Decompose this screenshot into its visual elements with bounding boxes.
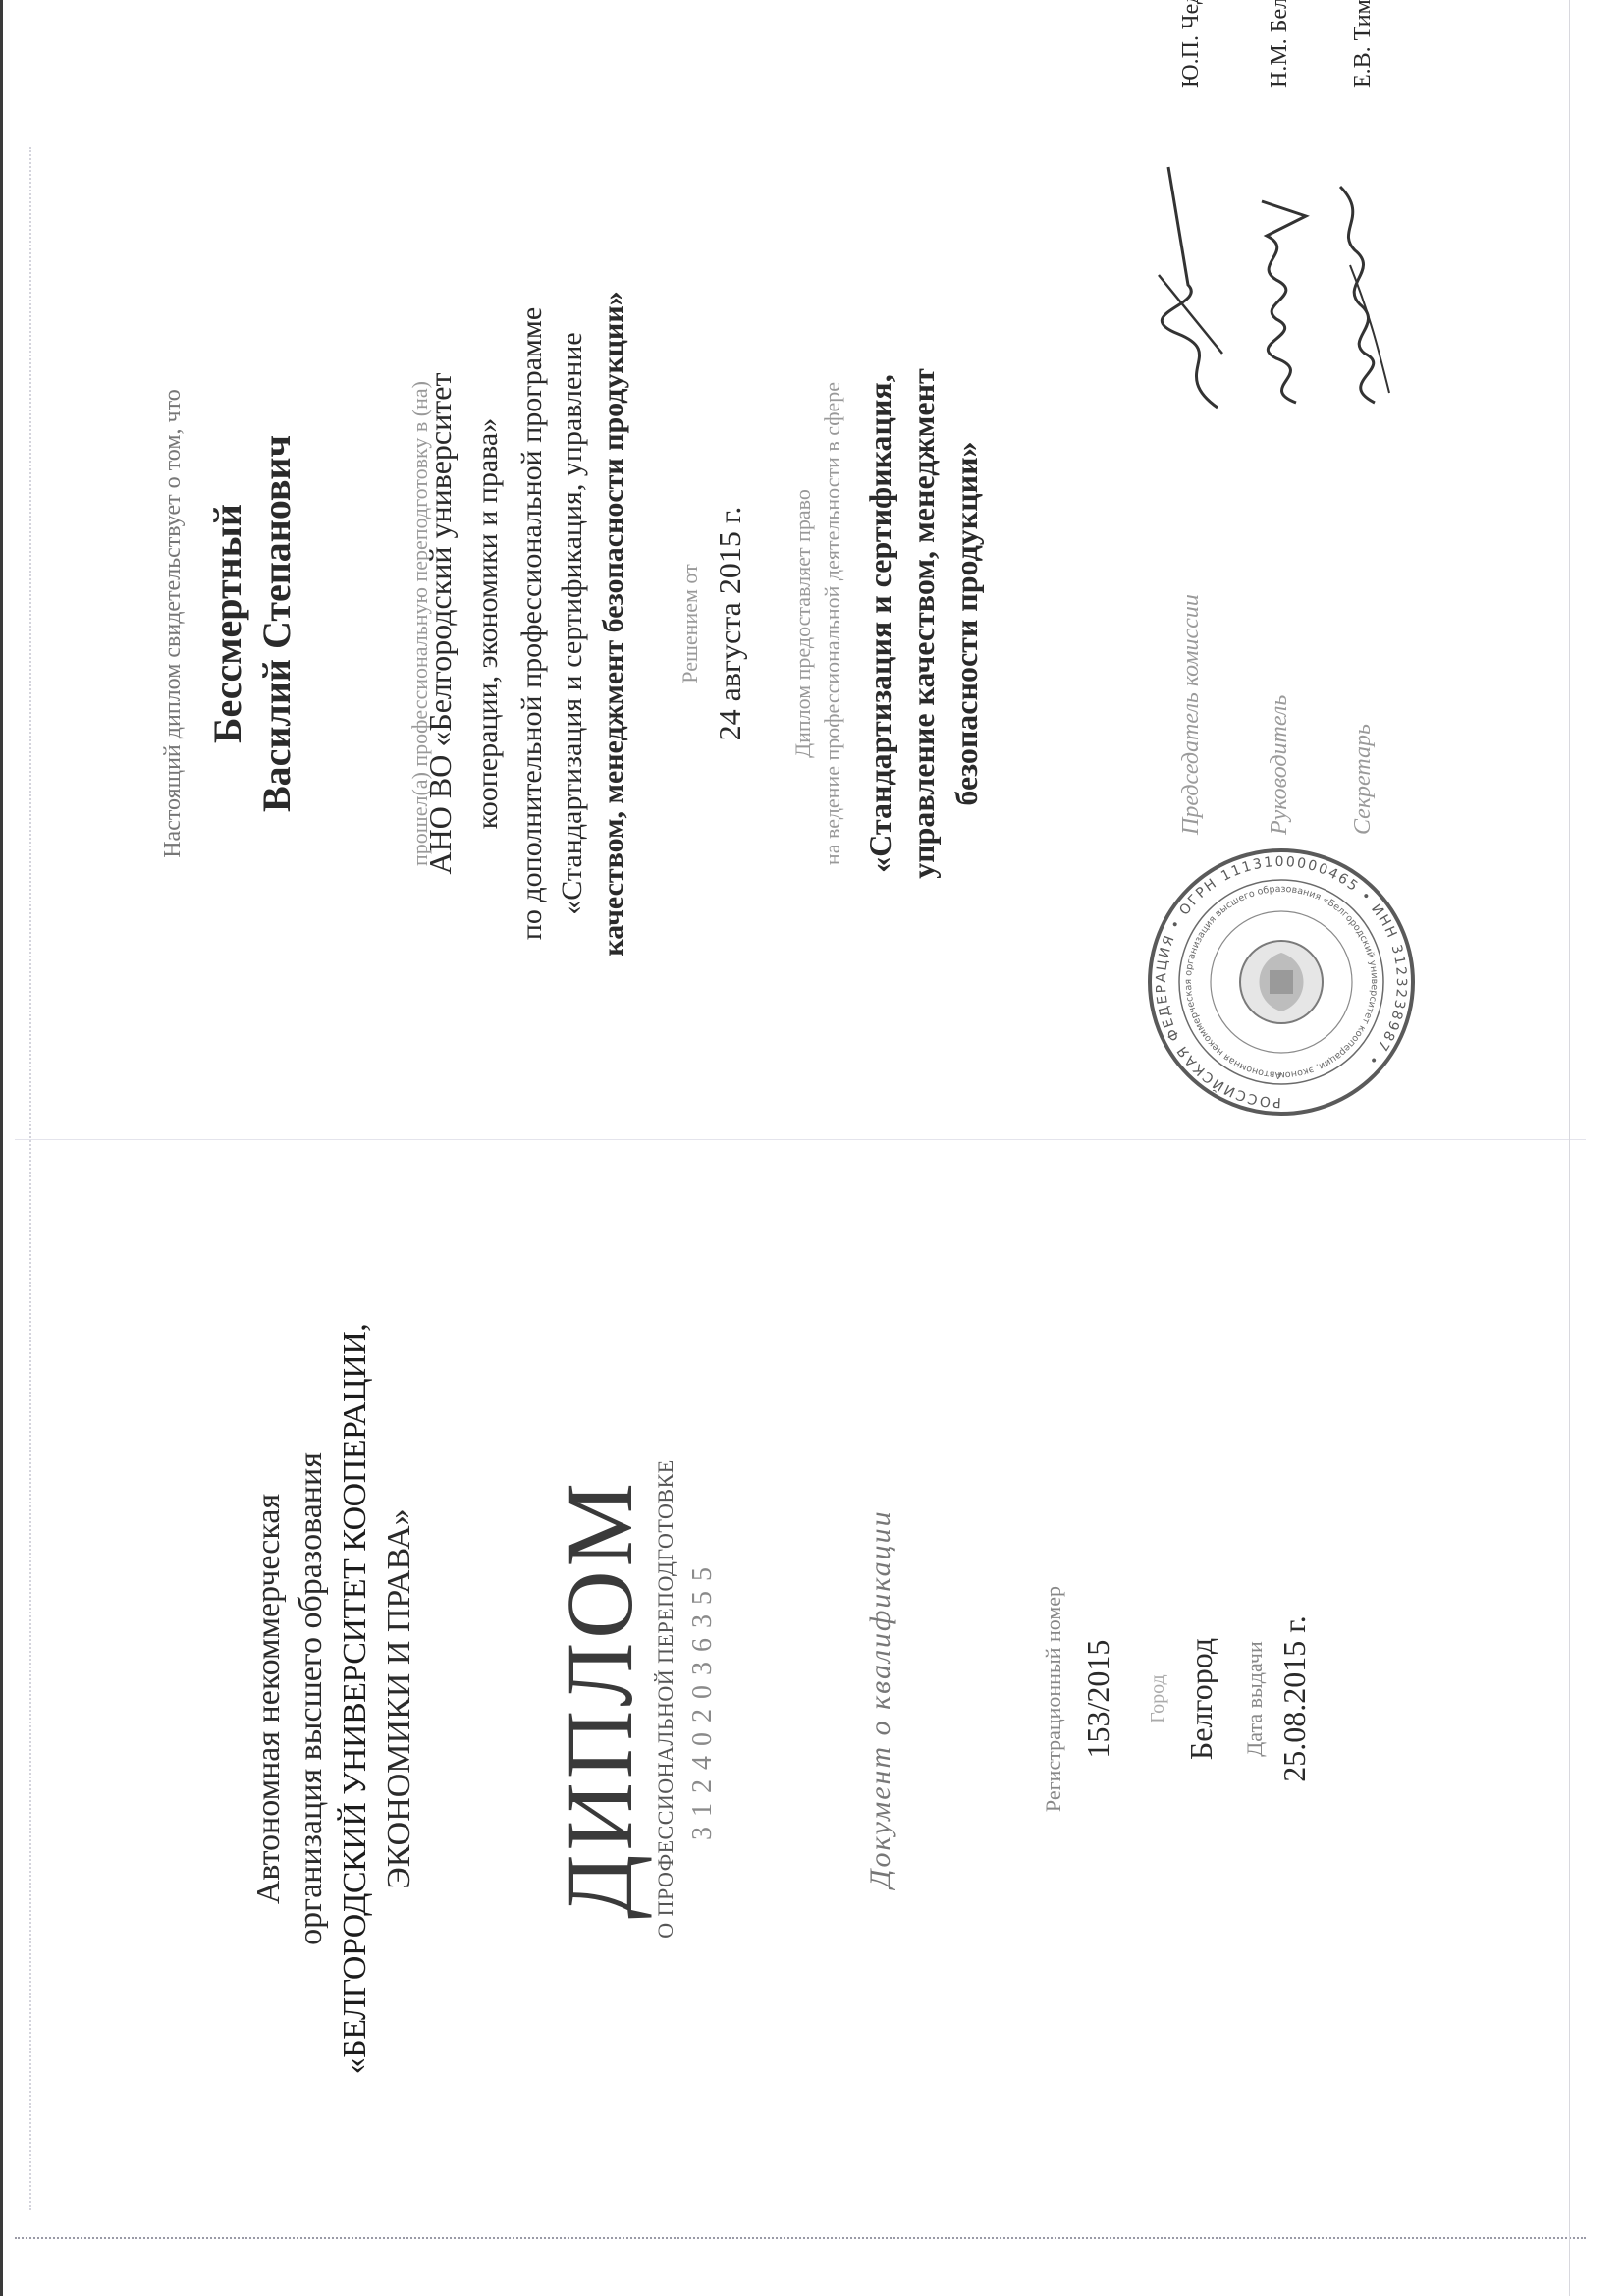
signatory-name: Н.М. Бел [1267, 0, 1293, 88]
org-name-line-4: ЭКОНОМИКИ И ПРАВА» [381, 1159, 418, 2239]
program-line-3: качеством, менеджмент безопасности проду… [597, 118, 630, 1129]
specialty-line-2: управление качеством, менеджмент [905, 118, 942, 1129]
serial-number: 312402036355 [687, 1159, 719, 2239]
org-name-line-1: Автономная некоммерческая [250, 1159, 288, 2239]
handwritten-signature-icon [1237, 157, 1326, 412]
city-label: Город [1147, 1159, 1169, 2239]
issue-date: 25.08.2015 г. [1276, 1159, 1313, 2239]
handwritten-signature-icon [1321, 157, 1409, 412]
specialty-line-3: безопасности продукции» [948, 118, 985, 1129]
registration-number: 153/2015 [1080, 1159, 1116, 2239]
right-statement-line-2: на ведение профессиональной деятельности… [820, 118, 845, 1129]
decision-label: Решением от [677, 118, 703, 1129]
holder-surname: Бессмертный [204, 118, 250, 1129]
signature-role: Председатель комиссии [1178, 594, 1205, 835]
signature-role: Руководитель [1267, 695, 1293, 835]
city-value: Белгород [1183, 1159, 1219, 2239]
diploma-title: ДИПЛОМ [545, 1159, 654, 2239]
signatory-name: Е.В. Тим [1350, 0, 1377, 88]
signature-role: Секретарь [1350, 724, 1377, 835]
institution-line-1: АНО ВО «Белгородский университет [422, 118, 459, 1129]
org-name-line-2: организация высшего образования [293, 1159, 330, 2239]
intro-text: Настоящий диплом свидетельствует о том, … [160, 118, 187, 1129]
handwritten-signature-icon [1149, 157, 1237, 412]
specialty-line-1: «Стандартизация и сертификация, [862, 118, 898, 1129]
issue-date-label: Дата выдачи [1242, 1159, 1268, 2239]
org-name-line-3: «БЕЛГОРОДСКИЙ УНИВЕРСИТЕТ КООПЕРАЦИИ, [337, 1159, 374, 2239]
right-statement-line-1: Диплом предоставляет право [790, 118, 816, 1129]
signatory-name: Ю.П. Чед [1178, 0, 1205, 88]
diploma-subtitle: О ПРОФЕССИОНАЛЬНОЙ ПЕРЕПОДГОТОВКЕ [653, 1159, 678, 2239]
diploma-content-page: Настоящий диплом свидетельствует о том, … [0, 118, 1624, 1129]
program-line-2: «Стандартизация и сертификация, управлен… [556, 118, 589, 1129]
institution-line-2: кооперации, экономики и права» [471, 118, 505, 1129]
registration-label: Регистрационный номер [1041, 1159, 1066, 2239]
decision-date: 24 августа 2015 г. [712, 118, 748, 1129]
holder-given-names: Василий Степанович [253, 118, 299, 1129]
document-type: Документ о квалификации [864, 1159, 897, 2239]
official-seal-icon: РОССИЙСКАЯ ФЕДЕРАЦИЯ • ОГРН 111310000046… [1144, 845, 1419, 1120]
program-line-1: по дополнительной профессиональной прогр… [515, 118, 549, 1129]
rotated-diploma-spread: Автономная некоммерческая организация вы… [0, 0, 1624, 2296]
diploma-cover-page: Автономная некоммерческая организация вы… [0, 1159, 1624, 2239]
